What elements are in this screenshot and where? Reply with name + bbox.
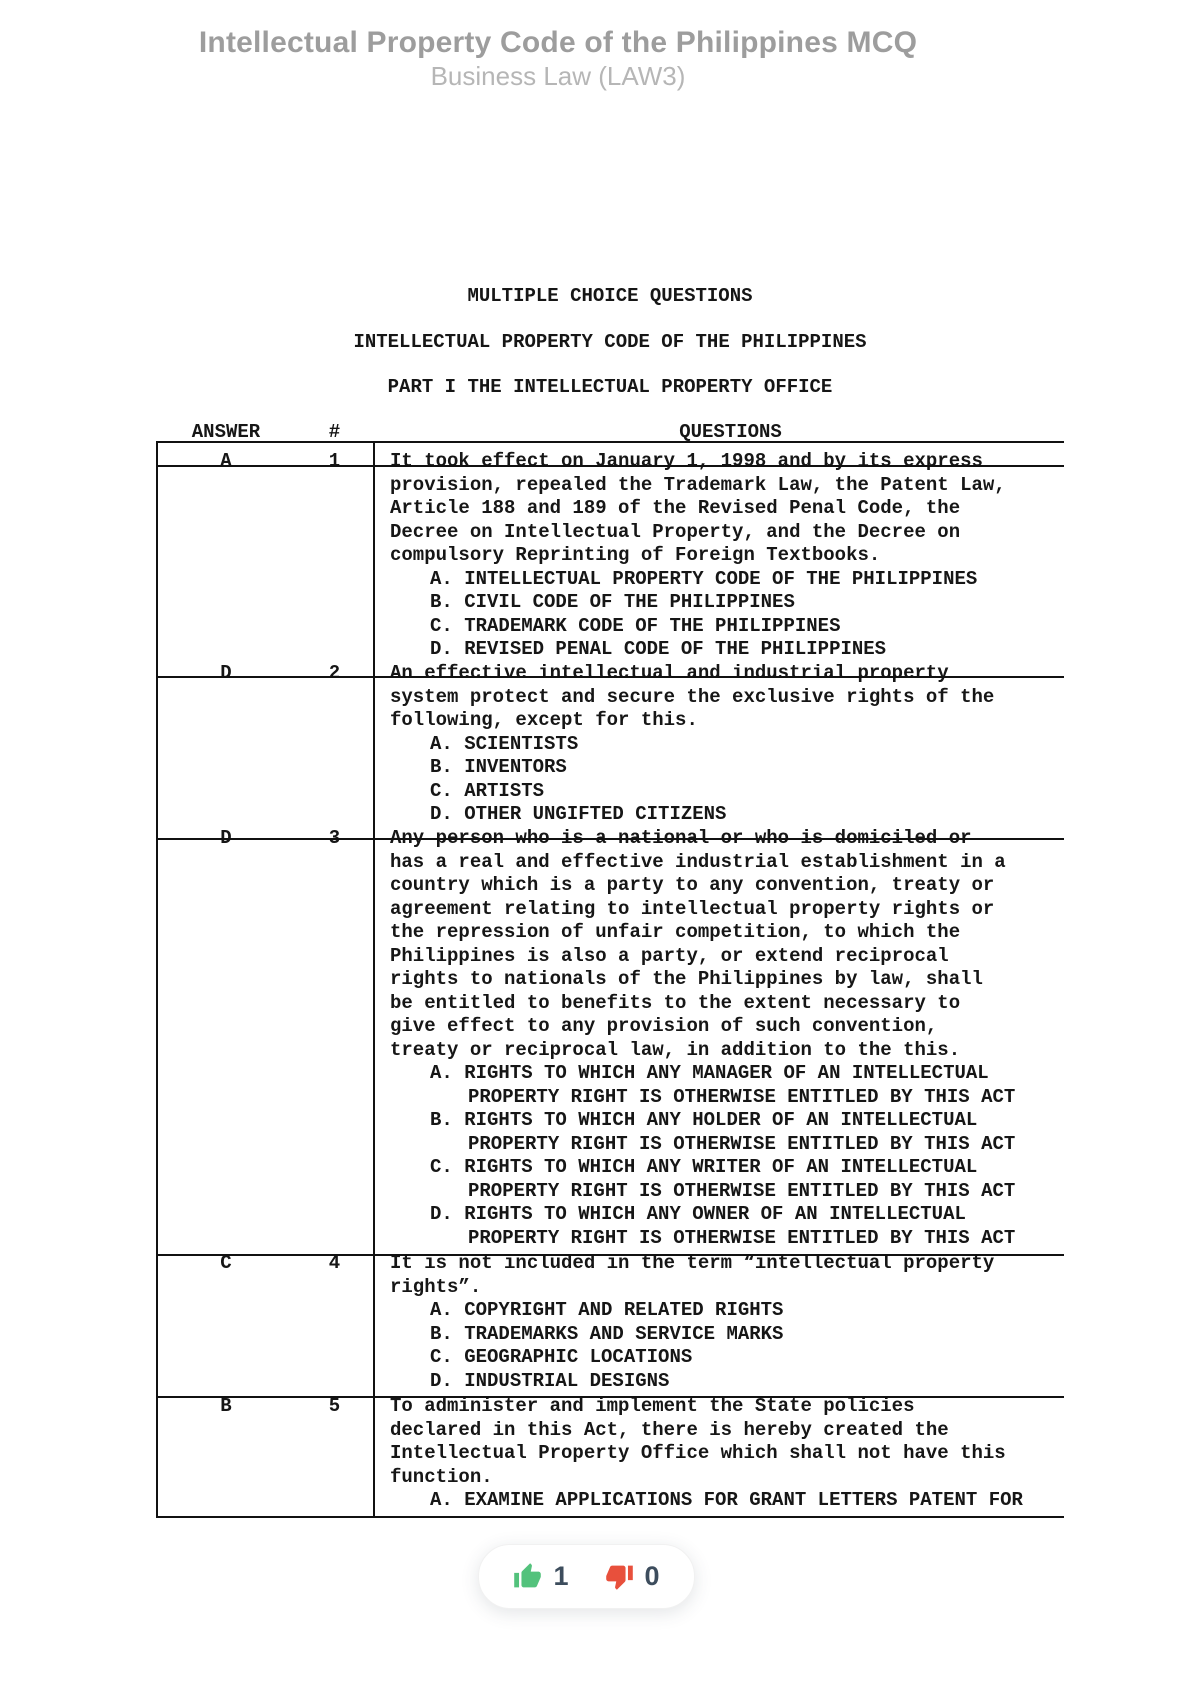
table-row-border	[156, 1254, 1064, 1256]
question-line: be entitled to benefits to the extent ne…	[390, 992, 1064, 1016]
doc-heading-mcq: MULTIPLE CHOICE QUESTIONS	[156, 284, 1064, 330]
thumbs-down-icon	[605, 1562, 634, 1591]
question-line: To administer and implement the State po…	[390, 1395, 1064, 1419]
question-line: the repression of unfair competition, to…	[390, 921, 1064, 945]
question-row: C4It is not included in the term “intell…	[156, 1252, 1064, 1393]
question-line: country which is a party to any conventi…	[390, 874, 1064, 898]
doc-heading-part1: PART I THE INTELLECTUAL PROPERTY OFFICE	[156, 375, 1064, 421]
column-header-questions: QUESTIONS	[373, 421, 1064, 443]
question-line: has a real and effective industrial esta…	[390, 851, 1064, 875]
question-row: D2An effective intellectual and industri…	[156, 662, 1064, 827]
question-text: Any person who is a national or who is d…	[373, 827, 1064, 1250]
choice-line: A. EXAMINE APPLICATIONS FOR GRANT LETTER…	[390, 1489, 1064, 1513]
question-number: 1	[296, 450, 373, 474]
document-page: MULTIPLE CHOICE QUESTIONS INTELLECTUAL P…	[0, 0, 1200, 1530]
column-header-number: #	[296, 421, 373, 443]
question-number: 2	[296, 662, 373, 686]
question-text: To administer and implement the State po…	[373, 1395, 1064, 1513]
question-line: rights”.	[390, 1276, 1064, 1300]
choice-line: PROPERTY RIGHT IS OTHERWISE ENTITLED BY …	[390, 1086, 1064, 1110]
upvote-count: 1	[553, 1561, 568, 1592]
question-text: It is not included in the term “intellec…	[373, 1252, 1064, 1393]
answer-letter: B	[156, 1395, 296, 1419]
choice-line: D. RIGHTS TO WHICH ANY OWNER OF AN INTEL…	[390, 1203, 1064, 1227]
question-line: give effect to any provision of such con…	[390, 1015, 1064, 1039]
table-border-divider	[373, 441, 375, 1518]
answer-letter: D	[156, 662, 296, 686]
choice-line: B. TRADEMARKS AND SERVICE MARKS	[390, 1323, 1064, 1347]
question-text: It took effect on January 1, 1998 and by…	[373, 450, 1064, 662]
question-row: B5To administer and implement the State …	[156, 1395, 1064, 1513]
choice-line: A. SCIENTISTS	[390, 733, 1064, 757]
table-row-border	[156, 465, 1064, 467]
question-row: D3Any person who is a national or who is…	[156, 827, 1064, 1250]
choice-line: A. INTELLECTUAL PROPERTY CODE OF THE PHI…	[390, 568, 1064, 592]
question-number: 5	[296, 1395, 373, 1419]
question-line: system protect and secure the exclusive …	[390, 686, 1064, 710]
downvote-count: 0	[645, 1561, 660, 1592]
question-line: Decree on Intellectual Property, and the…	[390, 521, 1064, 545]
table-row-border	[156, 676, 1064, 678]
choice-line: D. INDUSTRIAL DESIGNS	[390, 1370, 1064, 1394]
question-line: compulsory Reprinting of Foreign Textboo…	[390, 544, 1064, 568]
choice-line: C. ARTISTS	[390, 780, 1064, 804]
upvote-button[interactable]: 1	[513, 1561, 568, 1592]
choice-line: D. OTHER UNGIFTED CITIZENS	[390, 803, 1064, 827]
choice-line: C. RIGHTS TO WHICH ANY WRITER OF AN INTE…	[390, 1156, 1064, 1180]
question-text: An effective intellectual and industrial…	[373, 662, 1064, 827]
question-line: agreement relating to intellectual prope…	[390, 898, 1064, 922]
question-line: Article 188 and 189 of the Revised Penal…	[390, 497, 1064, 521]
doc-headings: MULTIPLE CHOICE QUESTIONS INTELLECTUAL P…	[156, 284, 1064, 421]
table-row-border	[156, 441, 1064, 443]
choice-line: PROPERTY RIGHT IS OTHERWISE ENTITLED BY …	[390, 1227, 1064, 1251]
question-line: declared in this Act, there is hereby cr…	[390, 1419, 1064, 1443]
choice-line: D. REVISED PENAL CODE OF THE PHILIPPINES	[390, 638, 1064, 662]
answer-letter: A	[156, 450, 296, 474]
question-line: treaty or reciprocal law, in addition to…	[390, 1039, 1064, 1063]
choice-line: A. RIGHTS TO WHICH ANY MANAGER OF AN INT…	[390, 1062, 1064, 1086]
choice-line: PROPERTY RIGHT IS OTHERWISE ENTITLED BY …	[390, 1133, 1064, 1157]
choice-line: C. TRADEMARK CODE OF THE PHILIPPINES	[390, 615, 1064, 639]
choice-line: A. COPYRIGHT AND RELATED RIGHTS	[390, 1299, 1064, 1323]
table-row-border	[156, 1516, 1064, 1518]
question-line: Intellectual Property Office which shall…	[390, 1442, 1064, 1466]
table-border-left	[156, 441, 158, 1518]
choice-line: PROPERTY RIGHT IS OTHERWISE ENTITLED BY …	[390, 1180, 1064, 1204]
doc-heading-ipcode: INTELLECTUAL PROPERTY CODE OF THE PHILIP…	[156, 330, 1064, 376]
choice-line: C. GEOGRAPHIC LOCATIONS	[390, 1346, 1064, 1370]
table-row-border	[156, 1396, 1064, 1398]
question-line: following, except for this.	[390, 709, 1064, 733]
question-line: It took effect on January 1, 1998 and by…	[390, 450, 1064, 474]
question-line: rights to nationals of the Philippines b…	[390, 968, 1064, 992]
table-row-border	[156, 838, 1064, 840]
choice-line: B. RIGHTS TO WHICH ANY HOLDER OF AN INTE…	[390, 1109, 1064, 1133]
question-row: A1It took effect on January 1, 1998 and …	[156, 450, 1064, 662]
question-line: An effective intellectual and industrial…	[390, 662, 1064, 686]
downvote-button[interactable]: 0	[605, 1561, 660, 1592]
question-line: Philippines is also a party, or extend r…	[390, 945, 1064, 969]
thumbs-up-icon	[513, 1562, 542, 1591]
column-header-answer: ANSWER	[156, 421, 296, 443]
questions-table: A1It took effect on January 1, 1998 and …	[156, 441, 1064, 1518]
question-line: function.	[390, 1466, 1064, 1490]
choice-line: B. CIVIL CODE OF THE PHILIPPINES	[390, 591, 1064, 615]
question-line: provision, repealed the Trademark Law, t…	[390, 474, 1064, 498]
rating-pill: 1 0	[478, 1544, 695, 1609]
choice-line: B. INVENTORS	[390, 756, 1064, 780]
